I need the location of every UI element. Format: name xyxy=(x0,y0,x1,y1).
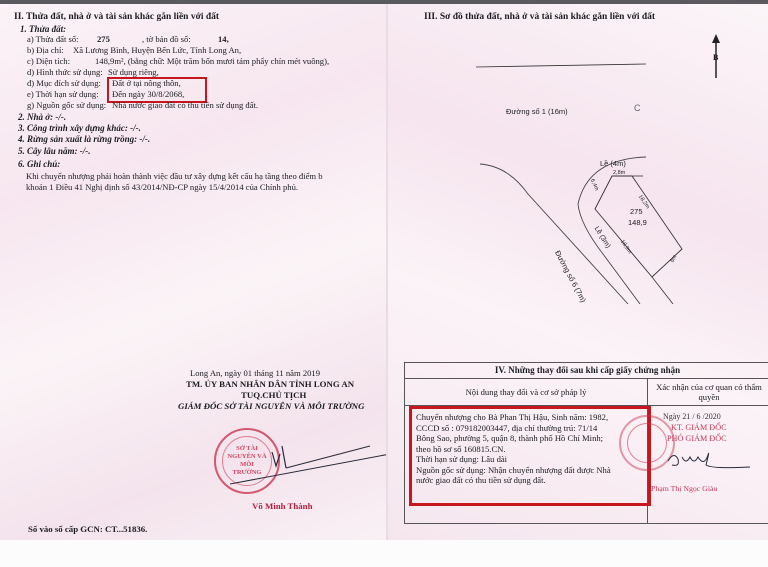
other-works-item: 3. Công trình xây dựng khác: -/-. xyxy=(18,123,141,133)
origin-value: Nhà nước giao đất có thu tiền sử dụng đấ… xyxy=(112,100,258,111)
parcel-label: a) Thửa đất số: xyxy=(27,34,79,45)
origin-label: g) Nguồn gốc sử dụng: xyxy=(27,100,106,111)
transfer-content: Chuyển nhượng cho Bà Phan Thị Hậu, Sinh … xyxy=(416,412,636,486)
usage-form-label: d) Hình thức sử dụng: xyxy=(27,67,103,78)
sidewalk-4m-label: Lề (4m) xyxy=(600,159,626,168)
area-value: 148,9m², (bằng chữ: Một trăm bốn mươi tá… xyxy=(95,56,329,67)
content-line: Chuyển nhượng cho Bà Phan Thị Hậu, Sinh … xyxy=(416,412,636,423)
notes-line-1: Khi chuyển nhượng phải hoàn thành việc đ… xyxy=(26,171,323,182)
changes-table: IV. Những thay đổi sau khi cấp giấy chứn… xyxy=(404,362,768,524)
registry-number: Số vào sổ cấp GCN: CT...51836. xyxy=(28,524,147,534)
parcel-number-diagram: 275 xyxy=(630,207,643,216)
org-line-3: GIÁM ĐỐC SỞ TÀI NGUYÊN VÀ MÔI TRƯỜNG xyxy=(178,401,364,411)
address-label: b) Địa chỉ: xyxy=(27,45,64,56)
parcel-number: 275 xyxy=(97,34,110,45)
signature-left xyxy=(220,434,390,494)
confirm-title-1: KT. GIÁM ĐỐC xyxy=(671,423,727,432)
col-content-header: Nội dung thay đổi và cơ sở pháp lý xyxy=(405,379,647,405)
confirm-date: Ngày 21 / 6 /2020 xyxy=(663,412,721,421)
parcel-diagram xyxy=(388,54,768,304)
map-sheet-number: 14, xyxy=(218,34,229,45)
corner-mark: C xyxy=(634,103,641,113)
org-line-2: TUQ.CHỦ TỊCH xyxy=(241,390,306,400)
content-line: CCCD số : 079182003447, địa chỉ thường t… xyxy=(416,423,636,434)
usage-term-label: e) Thời hạn sử dụng: xyxy=(27,89,99,100)
section-ii-title: II. Thửa đất, nhà ở và tài sản khác gắn … xyxy=(14,12,219,22)
bottom-margin xyxy=(0,540,768,567)
address-value: Xã Lương Bình, Huyện Bến Lức, Tỉnh Long … xyxy=(73,45,241,56)
dim-top: 2,8m xyxy=(613,170,625,176)
notes-heading: 6. Ghi chú: xyxy=(18,159,60,169)
land-heading: 1. Thửa đất: xyxy=(20,24,66,34)
perennial-item: 5. Cây lâu năm: -/-. xyxy=(18,146,91,156)
road-1-label: Đường số 1 (16m) xyxy=(506,107,568,116)
map-sheet-label: , tờ bản đồ số: xyxy=(142,34,191,45)
col-confirm-header: Xác nhận của cơ quan có thẩm quyền xyxy=(648,379,768,405)
content-line: Bông Sao, phường 5, quận 8, thành phố Hồ… xyxy=(416,433,636,444)
changes-table-title: IV. Những thay đổi sau khi cấp giấy chứn… xyxy=(405,363,768,379)
content-line: nước giao đất có thu tiền sử dụng đất. xyxy=(416,475,636,486)
section-iii-title: III. Sơ đồ thửa đất, nhà ở và tài sản kh… xyxy=(424,12,655,22)
signature-right xyxy=(660,443,760,478)
left-page: II. Thửa đất, nhà ở và tài sản khác gắn … xyxy=(0,4,388,540)
org-line-1: TM. ỦY BAN NHÂN DÂN TỈNH LONG AN xyxy=(186,379,354,389)
house-item: 2. Nhà ở: -/-. xyxy=(18,112,66,122)
forest-item: 4. Rừng sản xuất là rừng trồng: -/-. xyxy=(18,134,150,144)
area-label: c) Diện tích: xyxy=(27,56,70,67)
content-line: Thời hạn sử dụng: Lâu dài xyxy=(416,454,636,465)
parcel-area-diagram: 148,9 xyxy=(628,218,647,227)
confirm-signer: Phạm Thị Ngọc Giàu xyxy=(651,484,717,493)
signing-date: Long An, ngày 01 tháng 11 năm 2019 xyxy=(190,368,320,379)
content-line: Nguồn gốc sử dụng: Nhận chuyển nhượng đấ… xyxy=(416,465,636,476)
content-line: theo hồ sơ số 160815.CN. xyxy=(416,444,636,455)
usage-purpose-label: đ) Mục đích sử dụng: xyxy=(27,78,101,89)
signer-name-left: Võ Minh Thành xyxy=(252,501,312,511)
notes-line-2: khoản 1 Điều 41 Nghị định số 43/2014/NĐ-… xyxy=(26,182,298,193)
confirm-title-2: PHÓ GIÁM ĐỐC xyxy=(667,434,727,443)
